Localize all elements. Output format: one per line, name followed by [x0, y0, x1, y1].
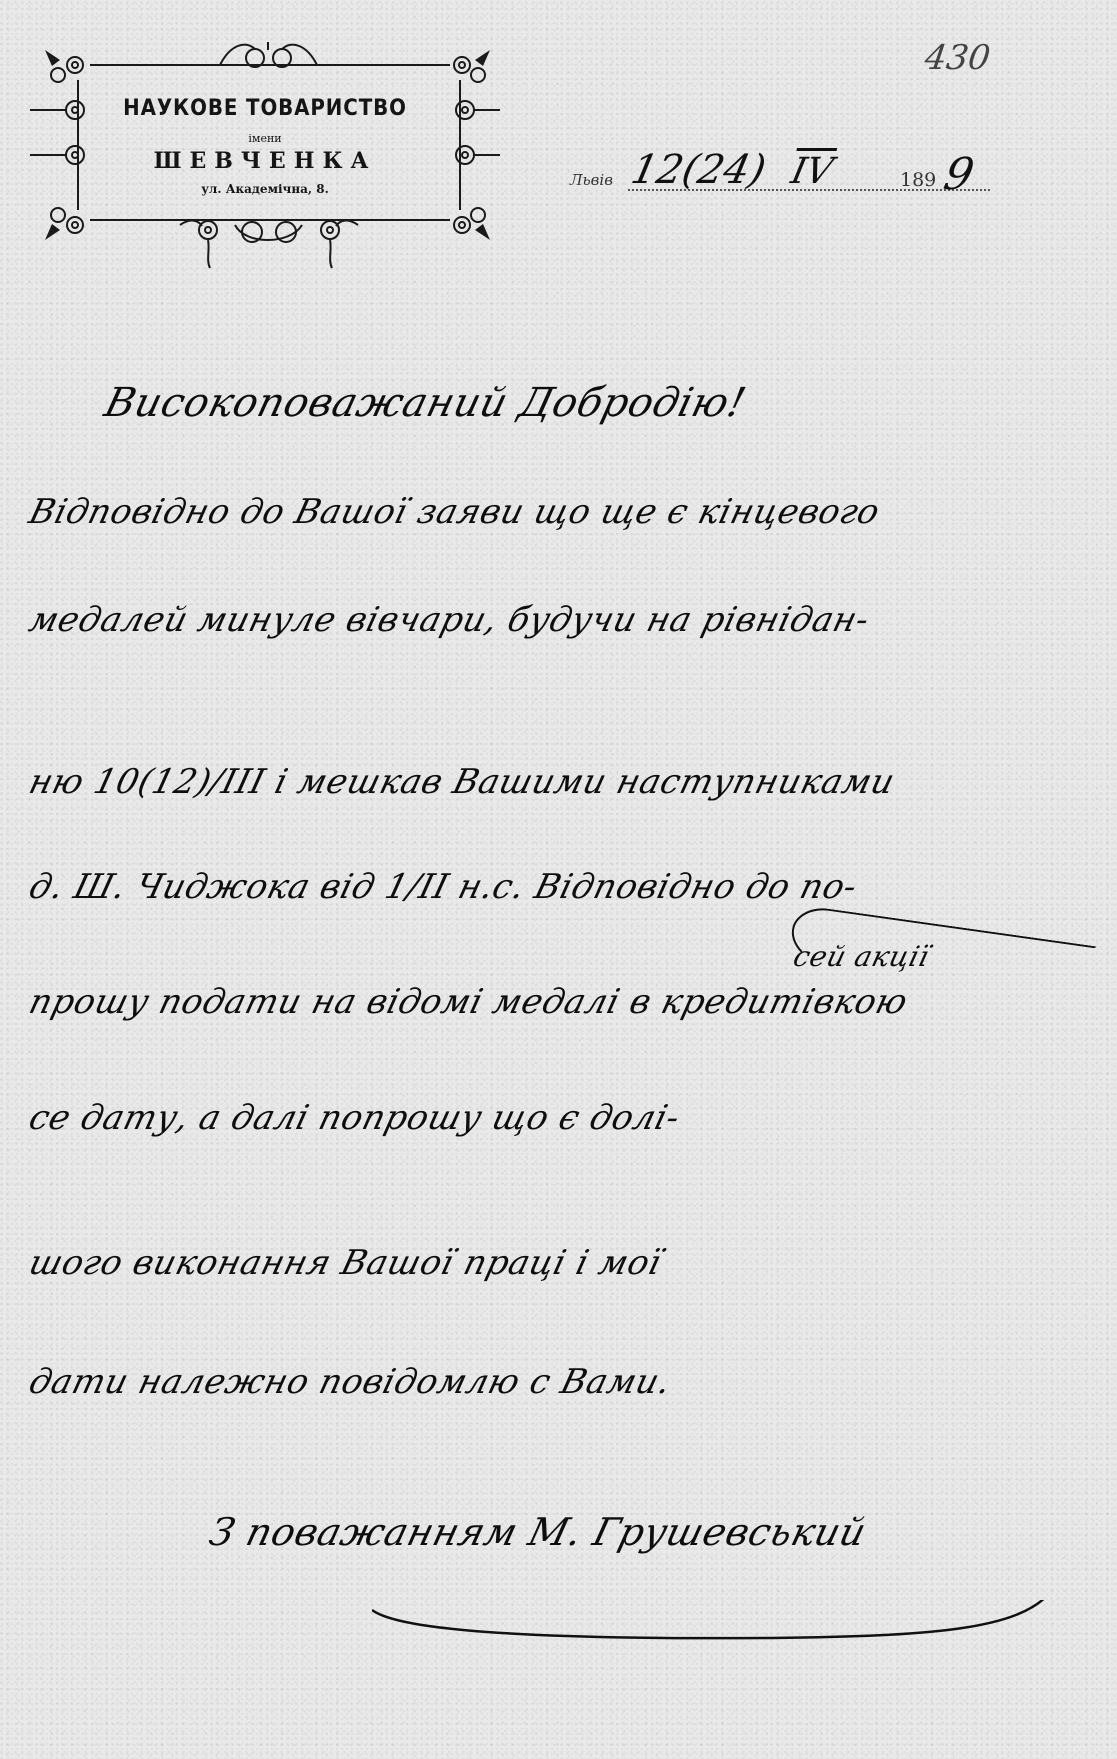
- letterhead-name: ШЕВЧЕНКА: [30, 148, 500, 174]
- insertion-text: сей акції: [790, 940, 933, 973]
- archive-number: 430: [922, 38, 993, 78]
- closing-signature: З поважанням М. Грушевський: [205, 1510, 871, 1554]
- letter-line: д. Ш. Чиджока від 1/II н.с. Відповідно д…: [25, 867, 861, 907]
- date-place: Львів: [570, 171, 613, 189]
- date-day: 12(24): [627, 147, 770, 193]
- date-line: Львів 12(24) IV 189 9: [570, 145, 990, 215]
- letter-line: медалей минуле вівчари, будучи на рівнід…: [25, 600, 873, 640]
- letterhead-address: ул. Академічна, 8.: [30, 182, 500, 196]
- letter-line: прошу подати на відомі медалі в кредитів…: [25, 982, 912, 1022]
- letterhead-organization: НАУКОВЕ ТОВАРИСТВО: [54, 96, 477, 121]
- letter-line: ню 10(12)/III і мешкав Вашими наступника…: [25, 762, 899, 802]
- letter-line: се дату, а далі попрошу що є долі-: [25, 1098, 684, 1138]
- date-year-handwritten: 9: [940, 149, 979, 200]
- letter-line: дати належно повідомлю с Вами.: [25, 1362, 675, 1402]
- salutation: Високоповажаний Добродію!: [100, 380, 751, 426]
- letter-line: Відповідно до Вашої заяви що ще є кінцев…: [25, 492, 884, 532]
- date-month: IV: [788, 151, 837, 192]
- signature-flourish-icon: [372, 1600, 1062, 1680]
- letterhead-imeni: імени: [30, 132, 500, 145]
- letter-line: шого виконання Вашої праці і мої: [25, 1243, 666, 1283]
- letterhead: НАУКОВЕ ТОВАРИСТВО імени ШЕВЧЕНКА ул. Ак…: [30, 40, 460, 265]
- date-year-printed: 189: [900, 169, 936, 191]
